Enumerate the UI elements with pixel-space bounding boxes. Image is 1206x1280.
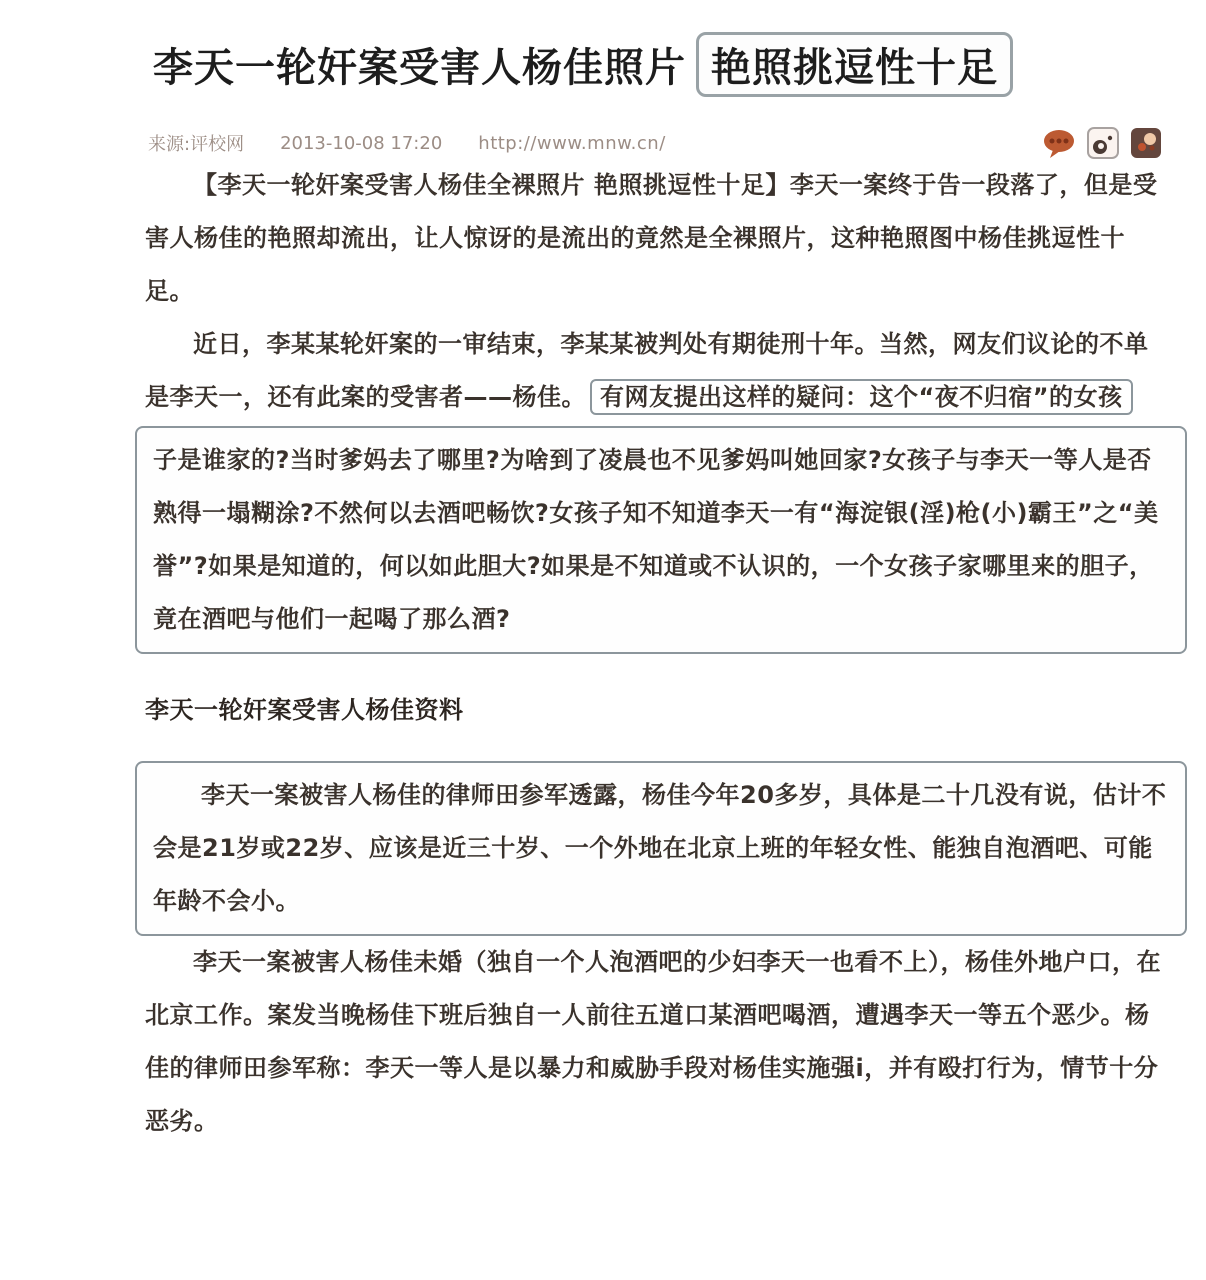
netizen-question-box: 子是谁家的?当时爹妈去了哪里?为啥到了凌晨也不见爹妈叫她回家?女孩子与李天一等人… bbox=[135, 426, 1187, 654]
share-icon[interactable] bbox=[1130, 127, 1162, 159]
article-source: 来源:评校网 bbox=[148, 130, 244, 156]
netizen-question-highlight: 有网友提出这样的疑问：这个“夜不归宿”的女孩 bbox=[590, 379, 1133, 415]
article-meta: 来源:评校网 2013-10-08 17:20 http://www.mnw.c… bbox=[148, 127, 1162, 159]
victim-profile-box: 李天一案被害人杨佳的律师田参军透露，杨佳今年20多岁，具体是二十几没有说，估计不… bbox=[135, 761, 1187, 936]
camera-icon[interactable] bbox=[1087, 127, 1119, 159]
article-title-highlight: 艳照挑逗性十足 bbox=[696, 32, 1013, 97]
article-body: 【李天一轮奸案受害人杨佳全裸照片 艳照挑逗性十足】李天一案终于告一段落了，但是受… bbox=[145, 159, 1165, 1148]
article-datetime: 2013-10-08 17:20 bbox=[280, 133, 442, 154]
article-url[interactable]: http://www.mnw.cn/ bbox=[478, 133, 665, 154]
article-title: 李天一轮奸案受害人杨佳照片 bbox=[153, 36, 686, 93]
paragraph-verdict: 近日，李某某轮奸案的一审结束，李某某被判处有期徒刑十年。当然，网友们议论的不单是… bbox=[145, 318, 1165, 424]
section-subheading: 李天一轮奸案受害人杨佳资料 bbox=[145, 684, 1165, 737]
paragraph-details: 李天一案被害人杨佳未婚（独自一个人泡酒吧的少妇李天一也看不上），杨佳外地户口，在… bbox=[145, 936, 1165, 1148]
page-title: 李天一轮奸案受害人杨佳照片 艳照挑逗性十足 bbox=[153, 32, 1166, 97]
article-page: 李天一轮奸案受害人杨佳照片 艳照挑逗性十足 来源:评校网 2013-10-08 … bbox=[0, 0, 1206, 1280]
comment-bubble-icon[interactable] bbox=[1042, 128, 1076, 159]
share-toolbar bbox=[1042, 127, 1162, 159]
paragraph-intro: 【李天一轮奸案受害人杨佳全裸照片 艳照挑逗性十足】李天一案终于告一段落了，但是受… bbox=[145, 159, 1165, 318]
